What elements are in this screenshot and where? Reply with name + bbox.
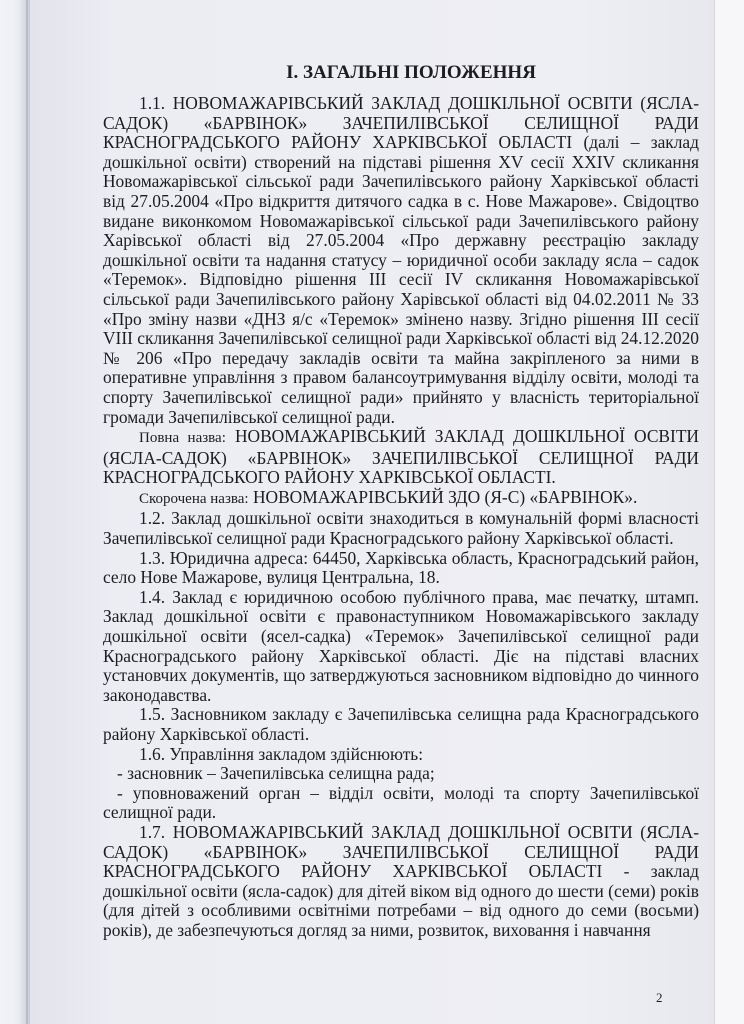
short-name-paragraph: Скорочена назва: НОВОМАЖАРІВСЬКИЙ ЗДО (Я… [103,488,699,510]
full-name-paragraph: Повна назва: НОВОМАЖАРІВСЬКИЙ ЗАКЛАД ДОШ… [103,427,699,488]
short-name-value: НОВОМАЖАРІВСЬКИЙ ЗДО (Я-С) «БАРВІНОК». [253,487,637,507]
paragraph-1-3: 1.3. Юридична адреса: 64450, Харківська … [103,549,699,588]
full-name-label: Повна назва: [139,430,226,446]
section-title: І. ЗАГАЛЬНІ ПОЛОЖЕННЯ [103,62,699,84]
paragraph-1-7: 1.7. НОВОМАЖАРІВСЬКИЙ ЗАКЛАД ДОШКІЛЬНОЇ … [103,823,699,941]
document-body: І. ЗАГАЛЬНІ ПОЛОЖЕННЯ 1.1. НОВОМАЖАРІВСЬ… [103,62,699,941]
paragraph-1-4: 1.4. Заклад є юридичною особою публічног… [103,588,699,706]
list-item-authorized-body: - уповноважений орган – відділ освіти, м… [103,784,699,823]
paragraph-1-6: 1.6. Управління закладом здійснюють: [103,745,699,765]
paragraph-1-2: 1.2. Заклад дошкільної освіти знаходитьс… [103,509,699,548]
scan-margin [714,0,744,1024]
short-name-label: Скорочена назва: [139,491,249,507]
paragraph-1-5: 1.5. Засновником закладу є Зачепилівська… [103,705,699,744]
page-number: 2 [656,990,663,1006]
list-item-founder: - засновник – Зачепилівська селищна рада… [103,764,699,784]
paragraph-1-1: 1.1. НОВОМАЖАРІВСЬКИЙ ЗАКЛАД ДОШКІЛЬНОЇ … [103,94,699,427]
binding-fold-line [26,0,28,1024]
